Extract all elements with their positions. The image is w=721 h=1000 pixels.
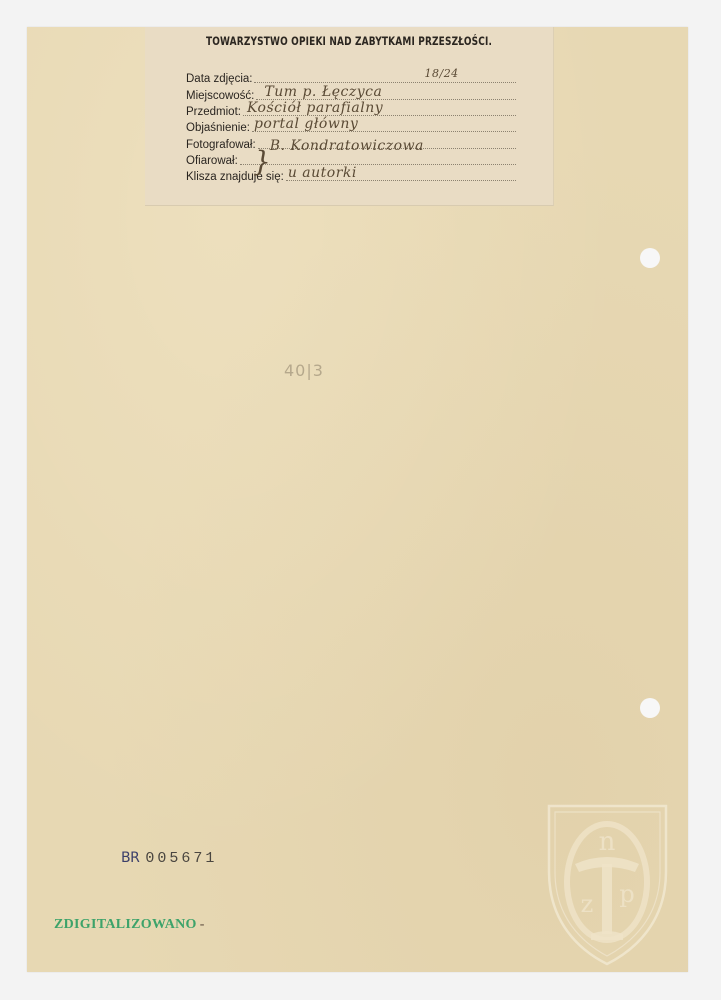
field-value: Tum p. Łęczyca	[264, 84, 382, 100]
digitized-stamp: ZDIGITALIZOWANO-	[54, 917, 205, 933]
svg-text:p: p	[619, 880, 634, 908]
field-value: portal główny	[254, 116, 358, 132]
field-label: Miejscowość:	[186, 89, 254, 103]
field-label: Przedmiot:	[186, 105, 241, 119]
archival-page: TOWARZYSTWO OPIEKI NAD ZABYTKAMI PRZESZŁ…	[27, 27, 688, 972]
digitized-suffix: -	[200, 917, 205, 932]
svg-text:z: z	[581, 890, 594, 918]
field-description: Objaśnienie: portal główny	[186, 119, 516, 135]
inventory-prefix: BR	[121, 850, 139, 866]
digitized-text: ZDIGITALIZOWANO	[54, 917, 197, 932]
field-label: Ofiarował:	[186, 154, 238, 168]
field-label: Objaśnienie:	[186, 121, 250, 135]
field-negative-location: Klisza znajduje się: u autorki	[186, 168, 516, 184]
field-label: Fotografował:	[186, 138, 256, 152]
catalog-label-card: TOWARZYSTWO OPIEKI NAD ZABYTKAMI PRZESZŁ…	[145, 27, 554, 206]
card-title: TOWARZYSTWO OPIEKI NAD ZABYTKAMI PRZESZŁ…	[190, 34, 508, 48]
svg-text:n: n	[599, 827, 616, 857]
inventory-stamp: BR 005671	[121, 850, 217, 867]
punch-hole-top	[640, 248, 660, 268]
pencil-note: 40|3	[284, 361, 324, 380]
field-label: Data zdjęcia:	[186, 72, 252, 86]
shield-monogram-watermark-icon: n z p	[545, 802, 670, 967]
field-photographer: Fotografował: B. Kondratowiczowa	[186, 136, 516, 152]
field-value: u autorki	[288, 165, 357, 181]
inventory-number: 005671	[145, 850, 217, 867]
punch-hole-bottom	[640, 698, 660, 718]
field-value: Kościół parafialny	[247, 100, 383, 116]
brace-mark: }	[253, 148, 271, 176]
field-value: 18/24	[424, 67, 458, 80]
